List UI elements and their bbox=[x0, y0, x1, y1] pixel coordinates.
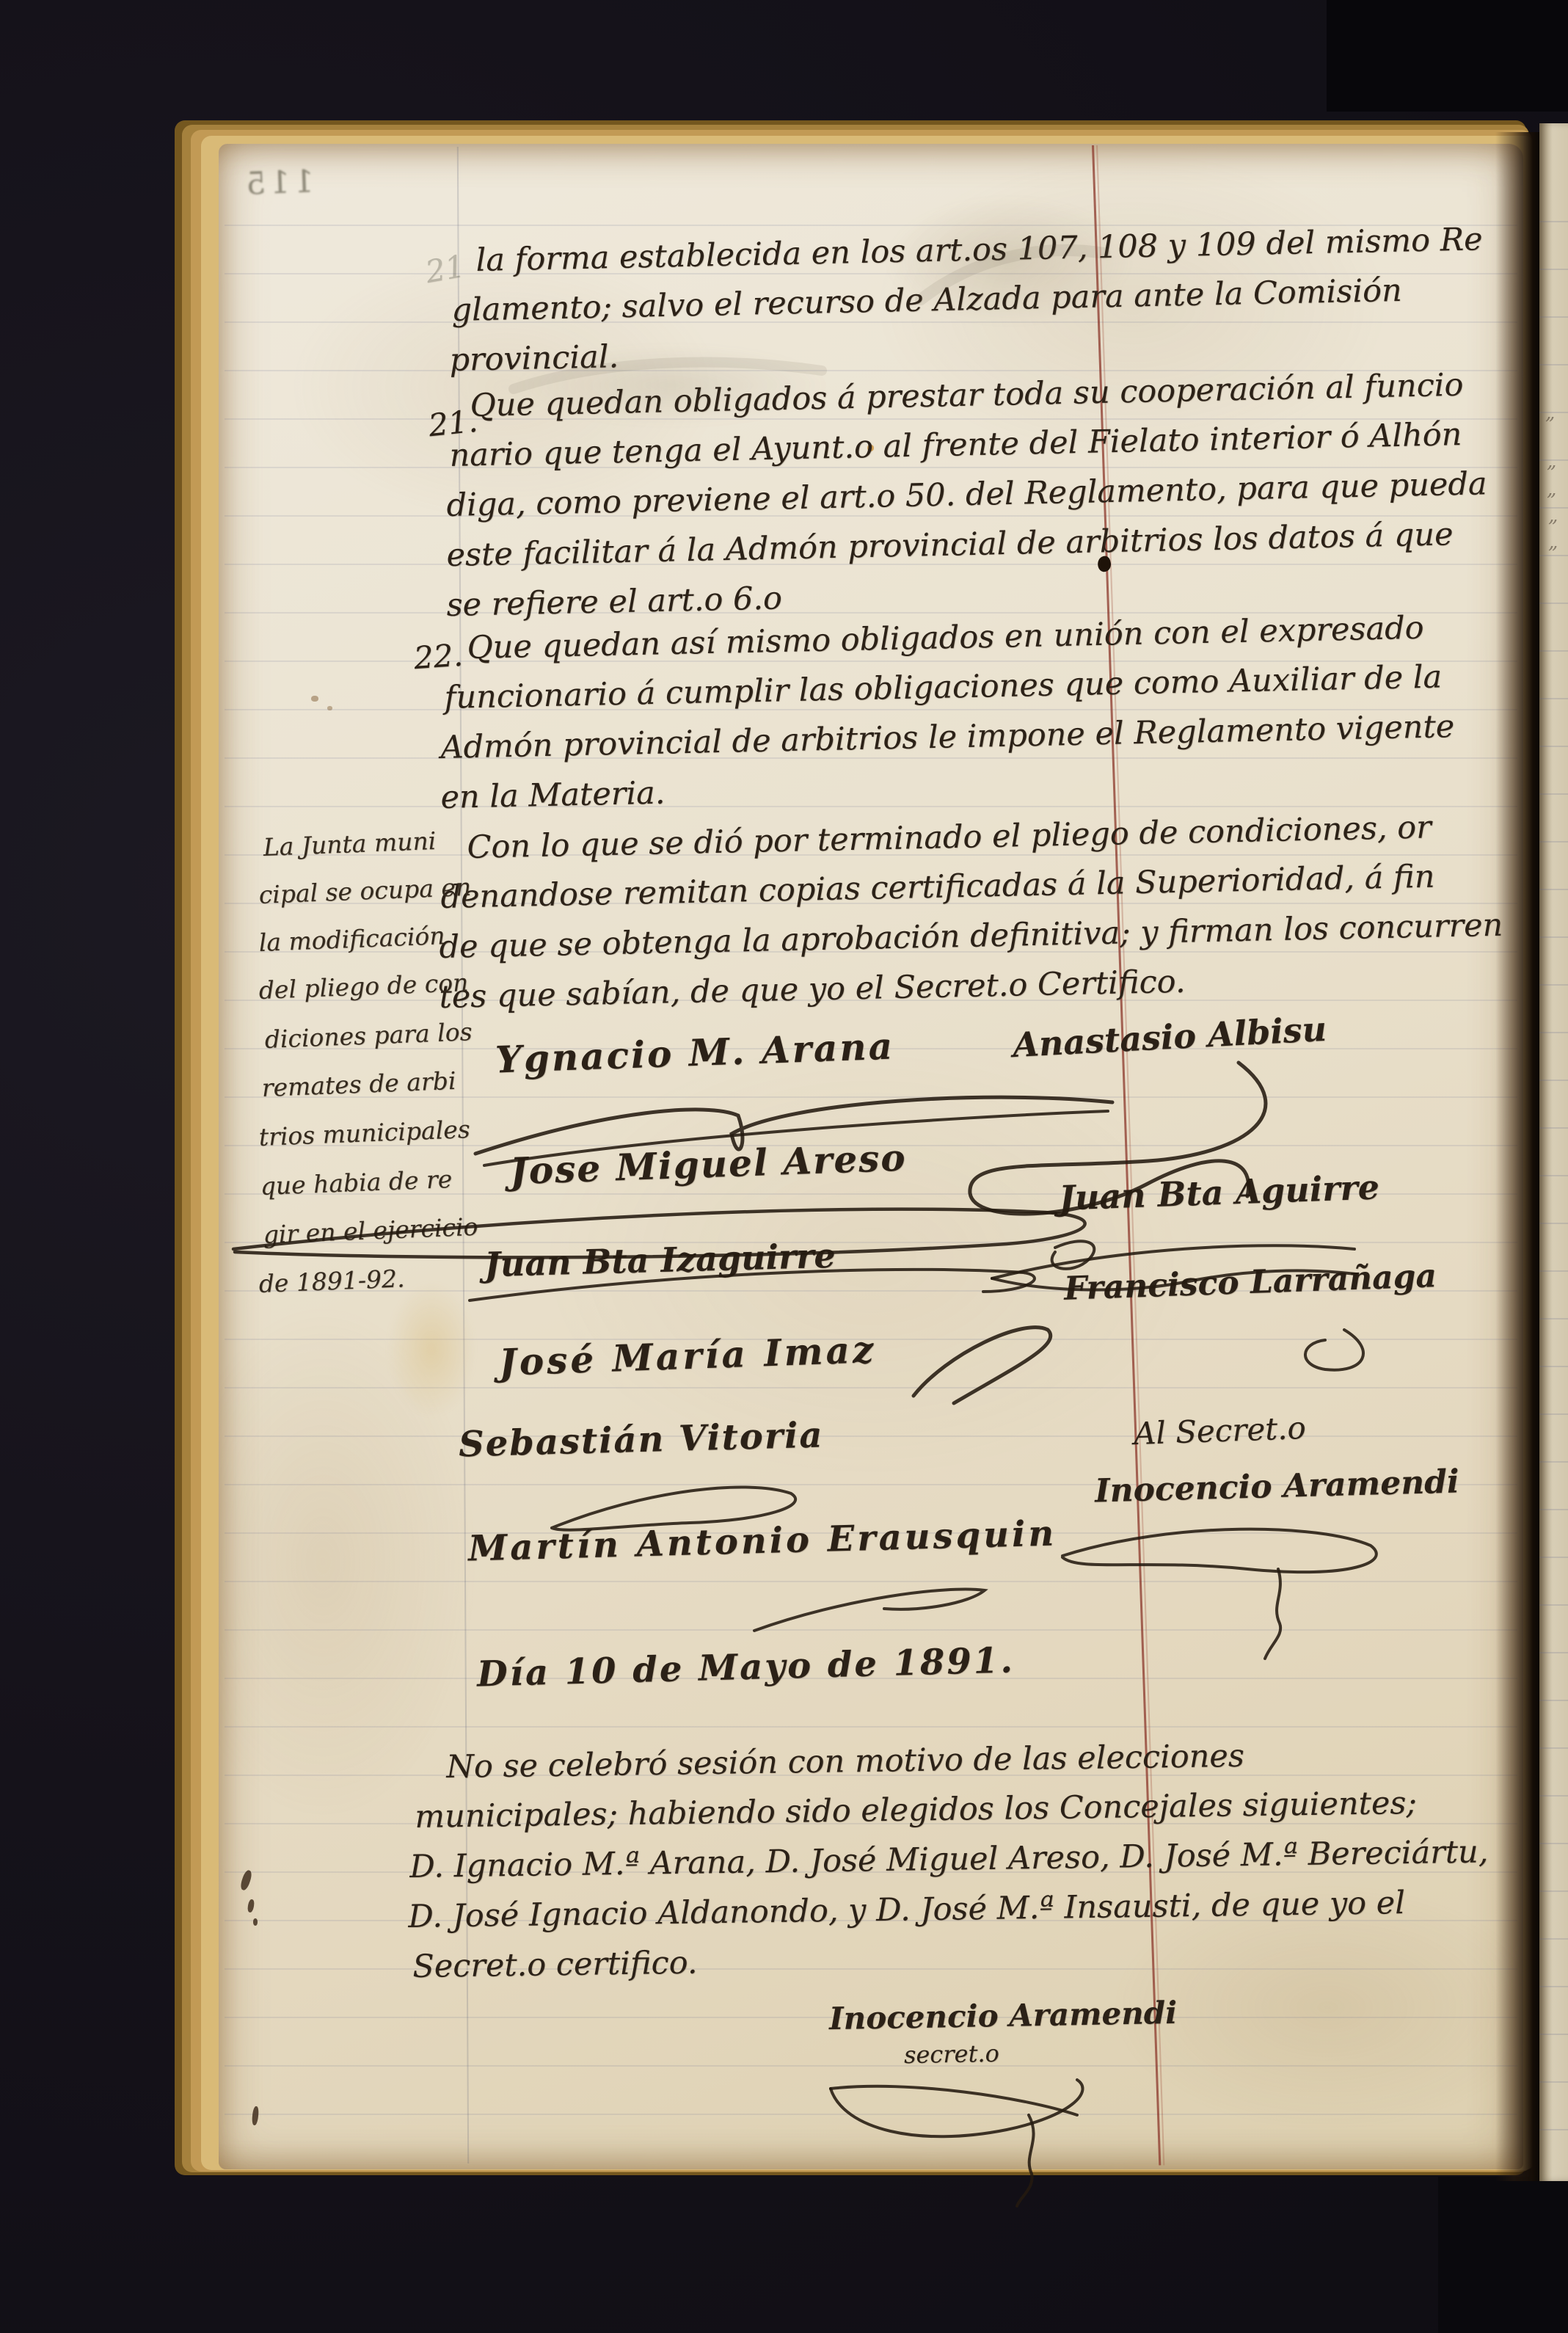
secretary-title: Al Secret.o bbox=[1133, 1410, 1306, 1452]
body-line: provincial. bbox=[449, 338, 619, 379]
body-line: Secret.o certifico. bbox=[412, 1945, 698, 1985]
ditto-mark: „ bbox=[1545, 402, 1555, 424]
ink-speck bbox=[253, 1918, 258, 1926]
yellow-stain bbox=[387, 1281, 475, 1417]
item-number: 22. bbox=[412, 637, 464, 677]
backdrop-dark-bottom bbox=[1438, 2177, 1568, 2333]
secretary-signature-title: secret.o bbox=[904, 2039, 999, 2069]
ink-speck bbox=[311, 696, 318, 702]
backdrop-dark-corner bbox=[1327, 0, 1568, 112]
page-number-bleed: 115 bbox=[241, 163, 315, 201]
facing-page-sliver bbox=[1539, 123, 1568, 2181]
ditto-mark: „ bbox=[1547, 478, 1556, 501]
book-gutter bbox=[1495, 132, 1541, 2181]
body-line: se refiere el art.o 6.o bbox=[446, 580, 782, 624]
body-line: en la Materia. bbox=[440, 775, 666, 816]
ditto-mark: „ bbox=[1548, 505, 1558, 527]
secretary-signature: Inocencio Aramendi bbox=[829, 1995, 1178, 2037]
ditto-mark: „ bbox=[1547, 451, 1556, 473]
manuscript-photo: „ „ „ „ „ 115 21 21. 22. la forma establ… bbox=[0, 0, 1568, 2333]
ditto-mark: „ bbox=[1548, 531, 1558, 553]
item-number-ghost: 21 bbox=[423, 248, 467, 291]
margin-note-line: de 1891-92. bbox=[258, 1264, 405, 1298]
ink-speck bbox=[327, 706, 332, 710]
